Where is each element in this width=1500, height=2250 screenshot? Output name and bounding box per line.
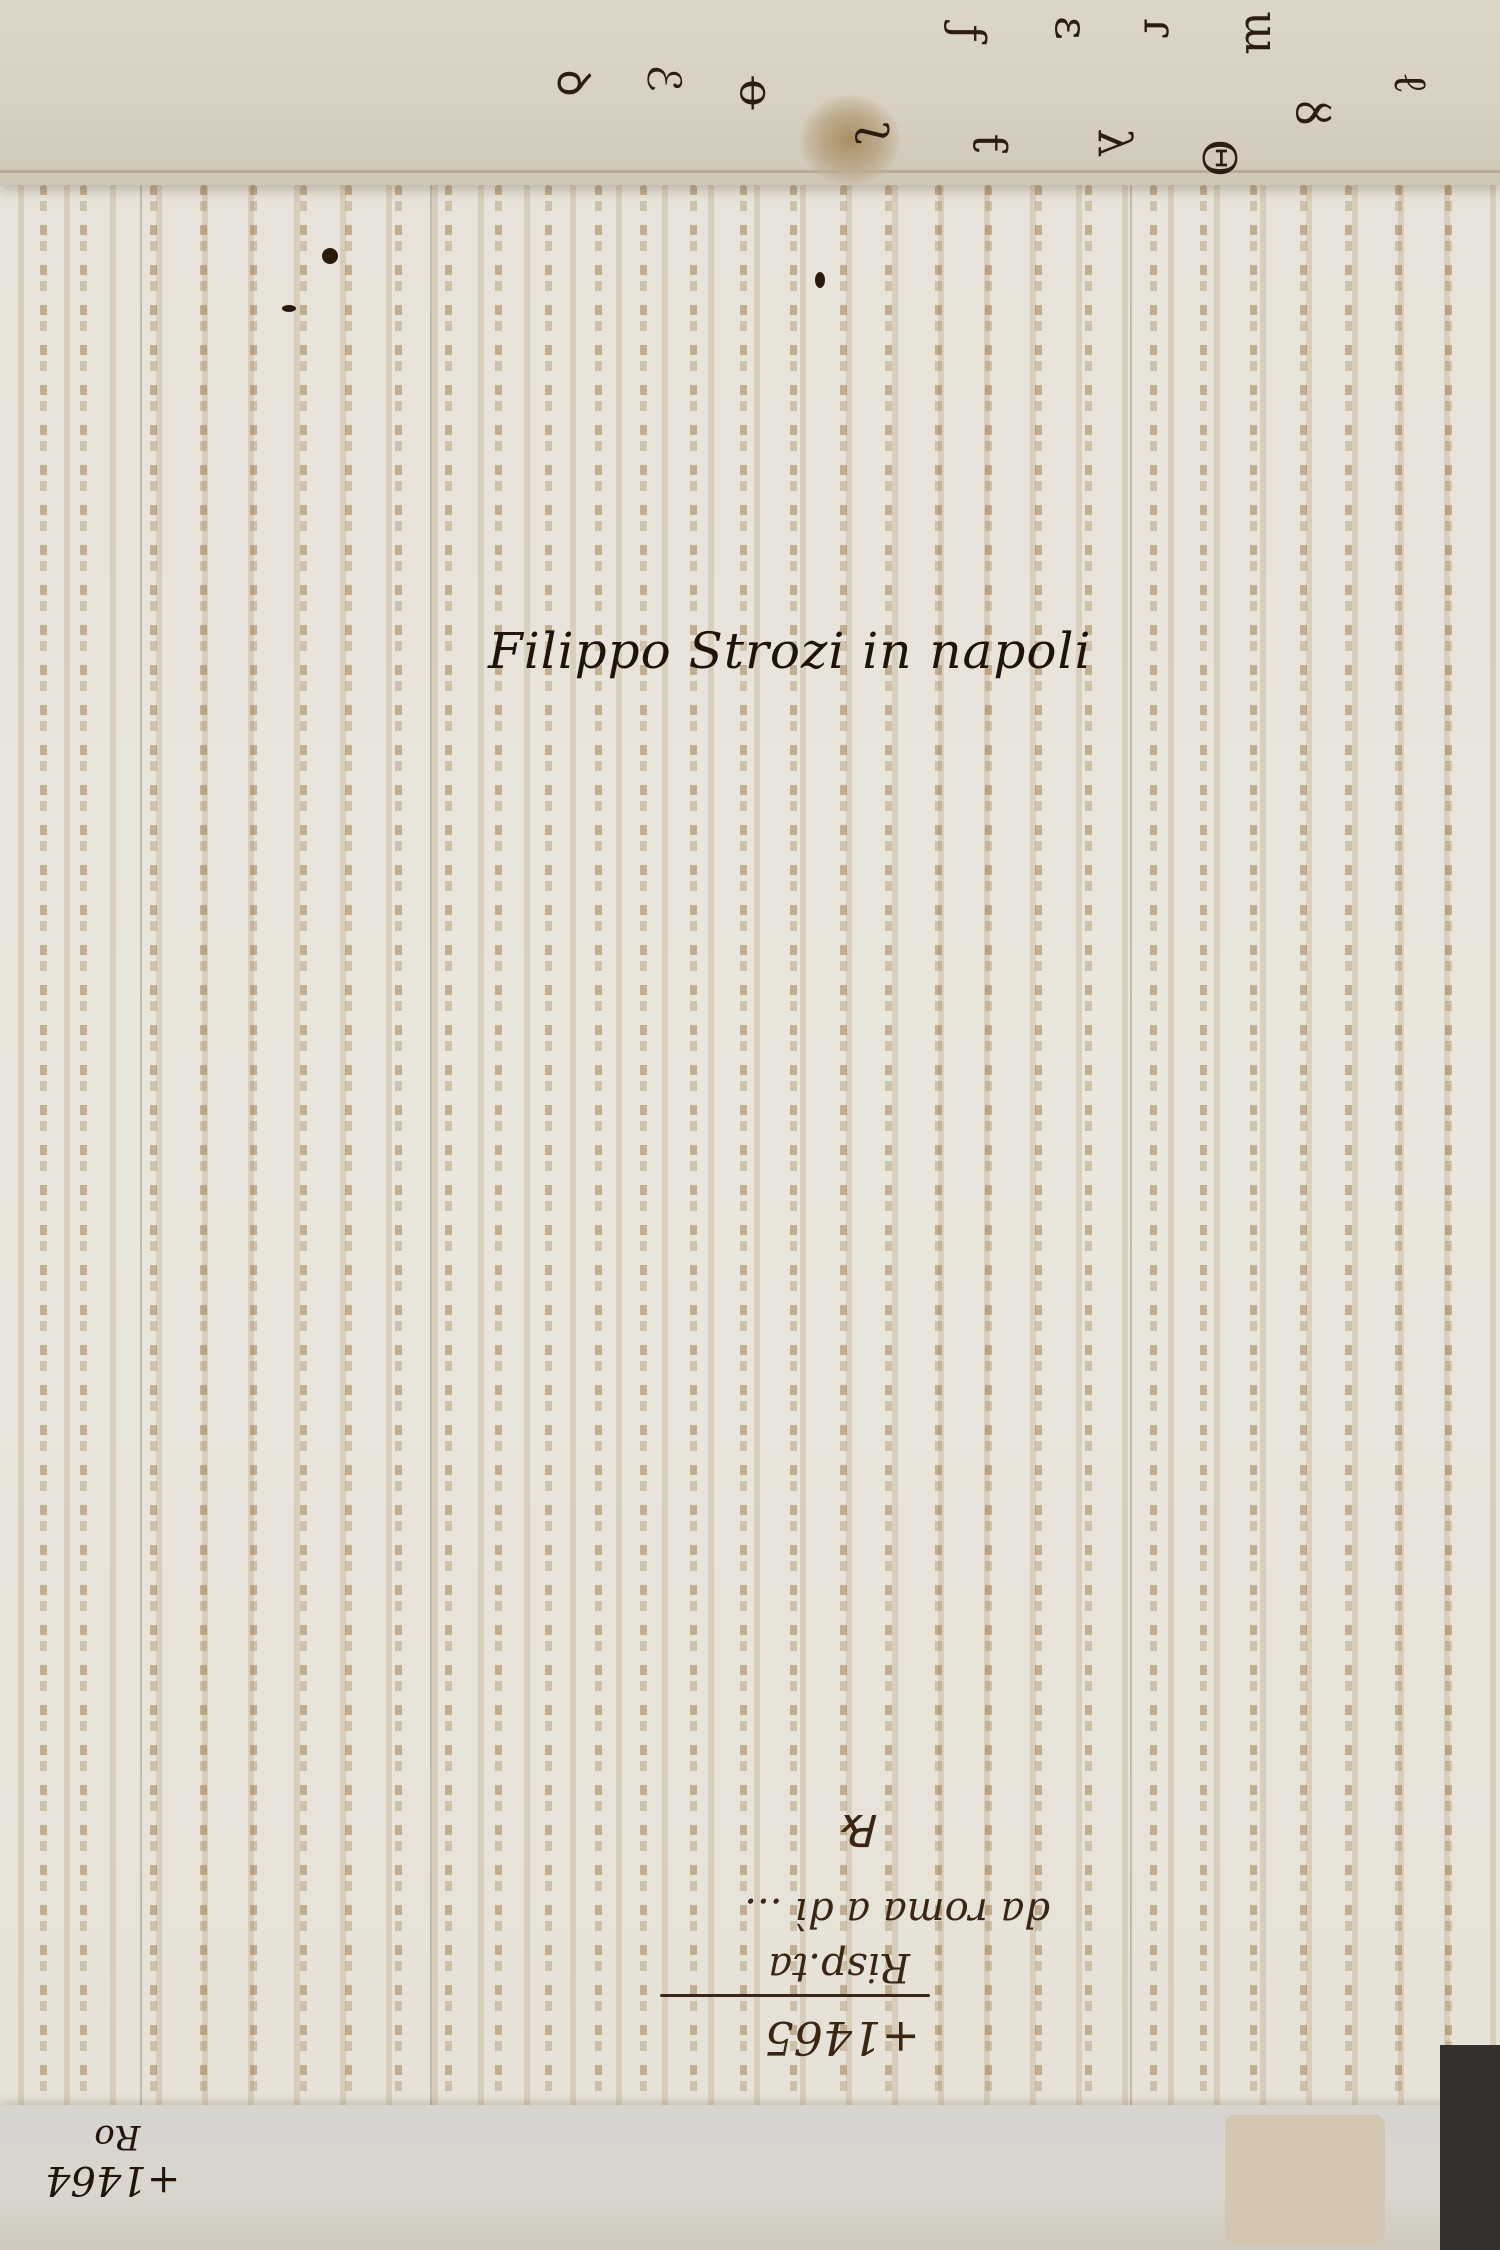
note-underline (660, 1994, 930, 1997)
vertical-fold-crease (430, 185, 432, 2105)
note-reply-mark: Risp.ta (768, 1944, 910, 1990)
ink-blot (815, 272, 825, 288)
background-edge (1440, 2045, 1500, 2250)
strip-mark: Ro (45, 2117, 140, 2157)
letter-sheet: ꝺ ℰ ꝋ ʅ ƭ λ Θ ȣ ℓ ƒ ɛ ɾ ɯ (0, 0, 1500, 2250)
note-year: +1465 (764, 2011, 920, 2065)
note-symbol: ℞ (841, 1804, 880, 1855)
paper-repair-patch (1225, 2115, 1385, 2245)
strip-year: +1464 (45, 2157, 180, 2203)
note-origin-line: da roma a dì ... (744, 1889, 1050, 1935)
top-folded-strip: ꝺ ℰ ꝋ ʅ ƭ λ Θ ȣ ℓ ƒ ɛ ɾ ɯ (0, 0, 1500, 185)
vertical-fold-crease (1130, 185, 1132, 2105)
inverted-script-fragment: ꝺ ℰ ꝋ ʅ ƭ λ Θ ȣ ℓ ƒ ɛ ɾ ɯ (540, 0, 1500, 180)
inverted-archival-notes: +1465 Risp.ta da roma a dì ... ℞ (530, 1785, 1070, 2085)
vertical-fold-crease (140, 185, 142, 2105)
ink-blot (322, 248, 338, 264)
letter-address: Filippo Strozi in napoli (488, 622, 1091, 680)
bottom-folded-strip: +1464 Ro (0, 2105, 1500, 2250)
ink-blot (282, 305, 296, 312)
strip-annotation: +1464 Ro (45, 2117, 180, 2203)
